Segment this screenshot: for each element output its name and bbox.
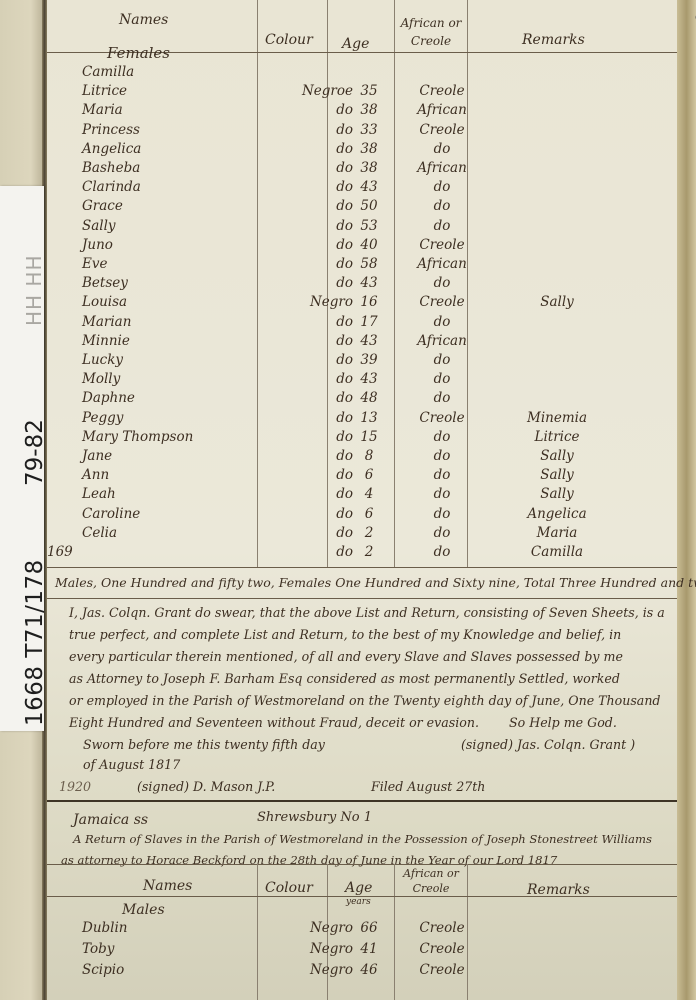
age-cell: 39 — [347, 352, 391, 368]
age-unit: years — [346, 897, 371, 907]
oath-line-4: as Attorney to Joseph F. Barham Esq cons… — [69, 668, 620, 690]
oath-closing: So Help me God. — [509, 712, 617, 734]
archive-reference: 1668 T71/178 — [22, 559, 48, 726]
colour-cell: do — [263, 544, 353, 560]
name-cell: Princess — [82, 122, 140, 138]
header-names-2: Names — [143, 878, 192, 894]
name-cell: Basheba — [82, 160, 140, 176]
name-cell: Angelica — [82, 141, 141, 157]
colour-cell: do — [263, 352, 353, 368]
colour-cell: do — [263, 314, 353, 330]
colour-cell: do — [263, 333, 353, 349]
origin-cell: do — [397, 467, 487, 483]
name-cell: Lucky — [82, 352, 123, 368]
age-cell: 40 — [347, 237, 391, 253]
name-cell: Sally — [82, 218, 116, 234]
origin-cell: do — [397, 314, 487, 330]
age-cell: 35 — [347, 83, 391, 99]
age-cell: 38 — [347, 102, 391, 118]
signature-grant: (signed) Jas. Colqn. Grant ) — [461, 734, 635, 756]
header-origin-2: African or Creole — [399, 866, 463, 896]
signature-mason: (signed) D. Mason J.P. — [137, 776, 275, 798]
name-cell: Juno — [82, 237, 113, 253]
origin-cell: do — [397, 352, 487, 368]
origin-cell: African — [397, 160, 487, 176]
colour-cell: Negro — [263, 294, 353, 310]
colour-cell: do — [263, 448, 353, 464]
sworn-line-1: Sworn before me this twenty fifth day — [83, 734, 325, 756]
colour-cell: do — [263, 371, 353, 387]
name-cell: Celia — [82, 525, 117, 541]
colour-cell: do — [263, 486, 353, 502]
colour-cell: Negro — [263, 920, 353, 936]
name-cell: Marian — [82, 314, 131, 330]
origin-cell: do — [397, 506, 487, 522]
margin-count: 169 — [47, 544, 73, 560]
name-cell: Mary Thompson — [82, 429, 193, 445]
table-row: ScipioNegro46Creole — [47, 962, 677, 986]
origin-cell: do — [397, 429, 487, 445]
archive-reference-label: 1668 T71/178 79-82 HH HH — [0, 186, 44, 731]
name-cell: Litrice — [82, 83, 127, 99]
colour-cell: do — [263, 102, 353, 118]
header-age: Age — [342, 36, 369, 52]
estate-name: Shrewsbury No 1 — [257, 810, 372, 825]
age-cell: 16 — [347, 294, 391, 310]
age-cell: 15 — [347, 429, 391, 445]
colour-cell: do — [263, 467, 353, 483]
origin-cell: Creole — [397, 237, 487, 253]
origin-cell: do — [397, 218, 487, 234]
oath-line-2: true perfect, and complete List and Retu… — [69, 624, 621, 646]
age-cell: 33 — [347, 122, 391, 138]
colour-cell: do — [263, 141, 353, 157]
name-cell: Louisa — [82, 294, 127, 310]
section-divider — [47, 800, 677, 802]
name-cell: Camilla — [82, 64, 134, 80]
age-cell: 8 — [347, 448, 391, 464]
origin-cell: do — [397, 390, 487, 406]
table-bottom-rule — [47, 567, 677, 568]
name-cell: Minnie — [82, 333, 130, 349]
remarks-cell: Camilla — [497, 544, 617, 560]
age-cell: 48 — [347, 390, 391, 406]
oath-line-1: I, Jas. Colqn. Grant do swear, that the … — [69, 602, 665, 624]
colour-cell: do — [263, 429, 353, 445]
oath-line-6: Eight Hundred and Seventeen without Frau… — [69, 712, 479, 734]
name-cell: Toby — [82, 941, 114, 957]
age-cell: 2 — [347, 544, 391, 560]
age-cell: 50 — [347, 198, 391, 214]
colour-cell: do — [263, 160, 353, 176]
age-cell: 41 — [347, 941, 391, 957]
colour-cell: do — [263, 410, 353, 426]
header-age-2: Age — [345, 880, 372, 896]
name-cell: Maria — [82, 102, 123, 118]
remarks-cell: Litrice — [497, 429, 617, 445]
summary-rule — [47, 598, 677, 599]
name-cell: Jane — [82, 448, 112, 464]
colour-cell: do — [263, 390, 353, 406]
title-rule — [47, 864, 677, 865]
remarks-cell: Minemia — [497, 410, 617, 426]
age-cell: 53 — [347, 218, 391, 234]
age-cell: 43 — [347, 371, 391, 387]
origin-cell: Creole — [397, 122, 487, 138]
origin-cell: do — [397, 525, 487, 541]
age-cell: 58 — [347, 256, 391, 272]
jurisdiction: Jamaica ss — [73, 812, 148, 828]
colour-cell: do — [263, 275, 353, 291]
origin-cell: Creole — [397, 83, 487, 99]
age-cell: 43 — [347, 333, 391, 349]
oath-line-5: or employed in the Parish of Westmorelan… — [69, 690, 661, 712]
origin-cell: do — [397, 486, 487, 502]
age-cell: 43 — [347, 179, 391, 195]
oath-line-3: every particular therein mentioned, of a… — [69, 646, 623, 668]
age-cell: 43 — [347, 275, 391, 291]
origin-cell: Creole — [397, 941, 487, 957]
name-cell: Eve — [82, 256, 107, 272]
age-cell: 13 — [347, 410, 391, 426]
section-label-males: Males — [122, 902, 165, 918]
name-cell: Clarinda — [82, 179, 141, 195]
origin-cell: African — [397, 333, 487, 349]
age-cell: 66 — [347, 920, 391, 936]
name-cell: Scipio — [82, 962, 124, 978]
colour-cell: do — [263, 198, 353, 214]
name-cell: Peggy — [82, 410, 123, 426]
return-title-line-1: A Return of Slaves in the Parish of West… — [73, 832, 652, 846]
age-cell: 6 — [347, 467, 391, 483]
colour-cell: Negroe — [263, 83, 353, 99]
page-edges — [677, 0, 696, 1000]
colour-cell: do — [263, 237, 353, 253]
name-cell: Betsey — [82, 275, 128, 291]
colour-cell: do — [263, 122, 353, 138]
origin-cell: Creole — [397, 920, 487, 936]
name-cell: Molly — [82, 371, 120, 387]
colour-cell: Negro — [263, 941, 353, 957]
remarks-cell: Sally — [497, 467, 617, 483]
origin-cell: Creole — [397, 294, 487, 310]
origin-cell: do — [397, 448, 487, 464]
name-cell: Grace — [82, 198, 123, 214]
totals-summary: Males, One Hundred and fifty two, Female… — [55, 575, 696, 590]
origin-cell: Creole — [397, 962, 487, 978]
age-cell: 2 — [347, 525, 391, 541]
remarks-cell: Maria — [497, 525, 617, 541]
colour-cell: do — [263, 525, 353, 541]
age-cell: 46 — [347, 962, 391, 978]
origin-cell: do — [397, 544, 487, 560]
sworn-line-2: of August 1817 — [83, 754, 180, 776]
header-names: Names — [119, 12, 168, 28]
origin-cell: African — [397, 256, 487, 272]
tally-marks: HH HH — [22, 254, 46, 326]
colour-cell: do — [263, 218, 353, 234]
colour-cell: do — [263, 179, 353, 195]
header-origin: African or Creole — [399, 14, 463, 50]
section-label-females: Females — [107, 44, 170, 62]
origin-cell: do — [397, 141, 487, 157]
name-cell: Caroline — [82, 506, 140, 522]
origin-cell: Creole — [397, 410, 487, 426]
remarks-cell: Sally — [497, 448, 617, 464]
name-cell: Daphne — [82, 390, 135, 406]
name-cell: Dublin — [82, 920, 128, 936]
remarks-cell: Sally — [497, 486, 617, 502]
record-number: 1920 — [59, 776, 91, 798]
age-cell: 17 — [347, 314, 391, 330]
header-colour: Colour — [265, 32, 313, 48]
header-colour-2: Colour — [265, 880, 313, 896]
name-cell: Leah — [82, 486, 116, 502]
table-row: do2doCamilla169 — [47, 544, 677, 568]
colour-cell: Negro — [263, 962, 353, 978]
page-range: 79-82 — [22, 419, 48, 486]
age-cell: 6 — [347, 506, 391, 522]
filed-date: Filed August 27th — [371, 776, 485, 798]
origin-cell: do — [397, 198, 487, 214]
remarks-cell: Angelica — [497, 506, 617, 522]
age-cell: 4 — [347, 486, 391, 502]
age-cell: 38 — [347, 160, 391, 176]
origin-cell: do — [397, 275, 487, 291]
origin-cell: do — [397, 371, 487, 387]
ledger-page: 82 6 Names Colour Age African or Creole … — [47, 0, 677, 1000]
remarks-cell: Sally — [497, 294, 617, 310]
colour-cell: do — [263, 256, 353, 272]
colour-cell: do — [263, 506, 353, 522]
header-remarks: Remarks — [522, 32, 585, 48]
origin-cell: African — [397, 102, 487, 118]
origin-cell: do — [397, 179, 487, 195]
name-cell: Ann — [82, 467, 109, 483]
age-cell: 38 — [347, 141, 391, 157]
